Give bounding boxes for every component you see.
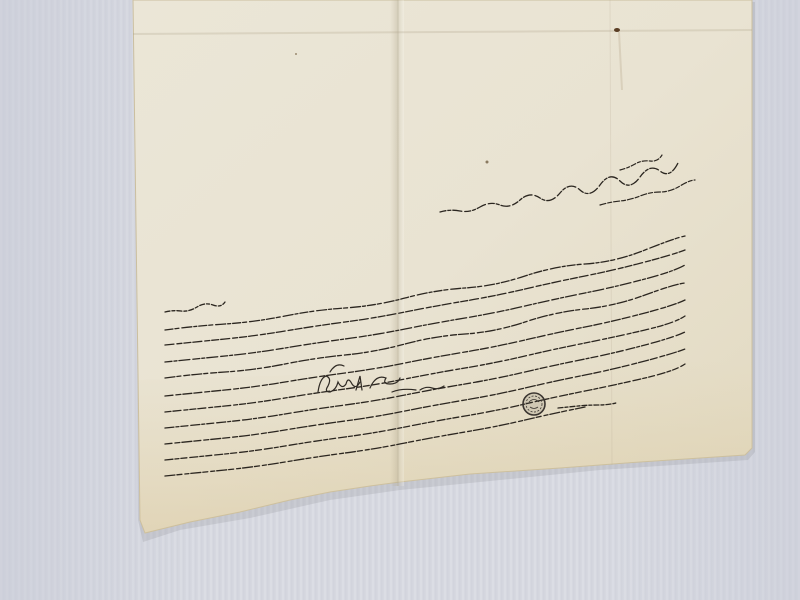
seal-stamp — [523, 393, 545, 415]
document-photo — [0, 0, 800, 600]
ink-stain — [614, 28, 620, 32]
